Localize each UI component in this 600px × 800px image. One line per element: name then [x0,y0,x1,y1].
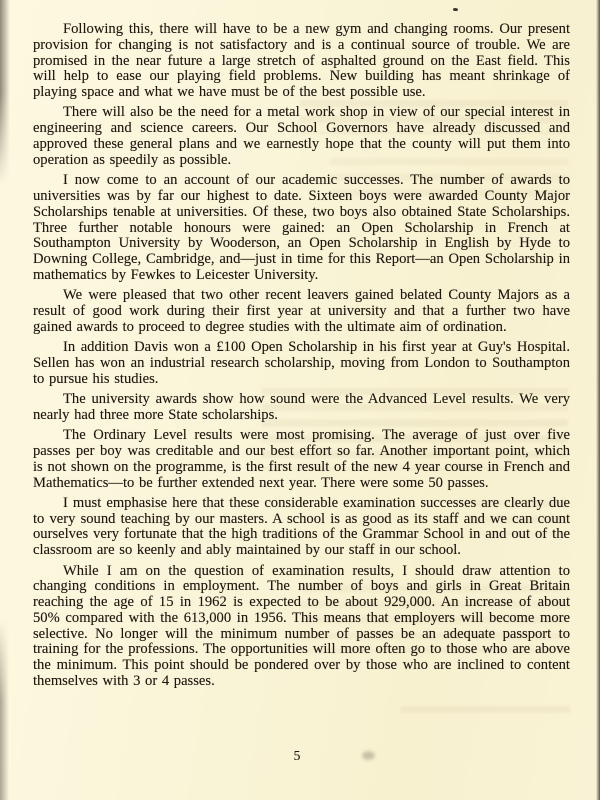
scan-edge-shadow-left-bottom [0,620,9,800]
paragraph: I must emphasise here that these conside… [33,496,570,559]
paragraph: In addition Davis won a £100 Open Schola… [33,340,570,387]
paragraph: The Ordinary Level results were most pro… [33,428,570,491]
page-body-text: Following this, there will have to be a … [33,22,570,690]
print-smudge [362,751,375,760]
scanned-document-page: { "doc": { "page_number": "5", "paragrap… [0,0,600,800]
ink-speck [453,8,458,11]
paragraph: While I am on the question of examinatio… [33,564,570,690]
page-number: 5 [0,748,594,764]
paragraph: The university awards show how sound wer… [33,392,570,424]
scan-surface: Following this, there will have to be a … [0,0,600,800]
paragraph: We were pleased that two other recent le… [33,288,570,335]
scan-edge-shadow-right [596,0,600,800]
scan-edge-shadow-left-top [0,0,10,185]
paragraph: I now come to an account of our academic… [33,173,570,284]
showthrough-ghost-text [400,706,570,720]
paragraph: There will also be the need for a metal … [33,105,570,168]
paragraph: Following this, there will have to be a … [33,22,570,101]
